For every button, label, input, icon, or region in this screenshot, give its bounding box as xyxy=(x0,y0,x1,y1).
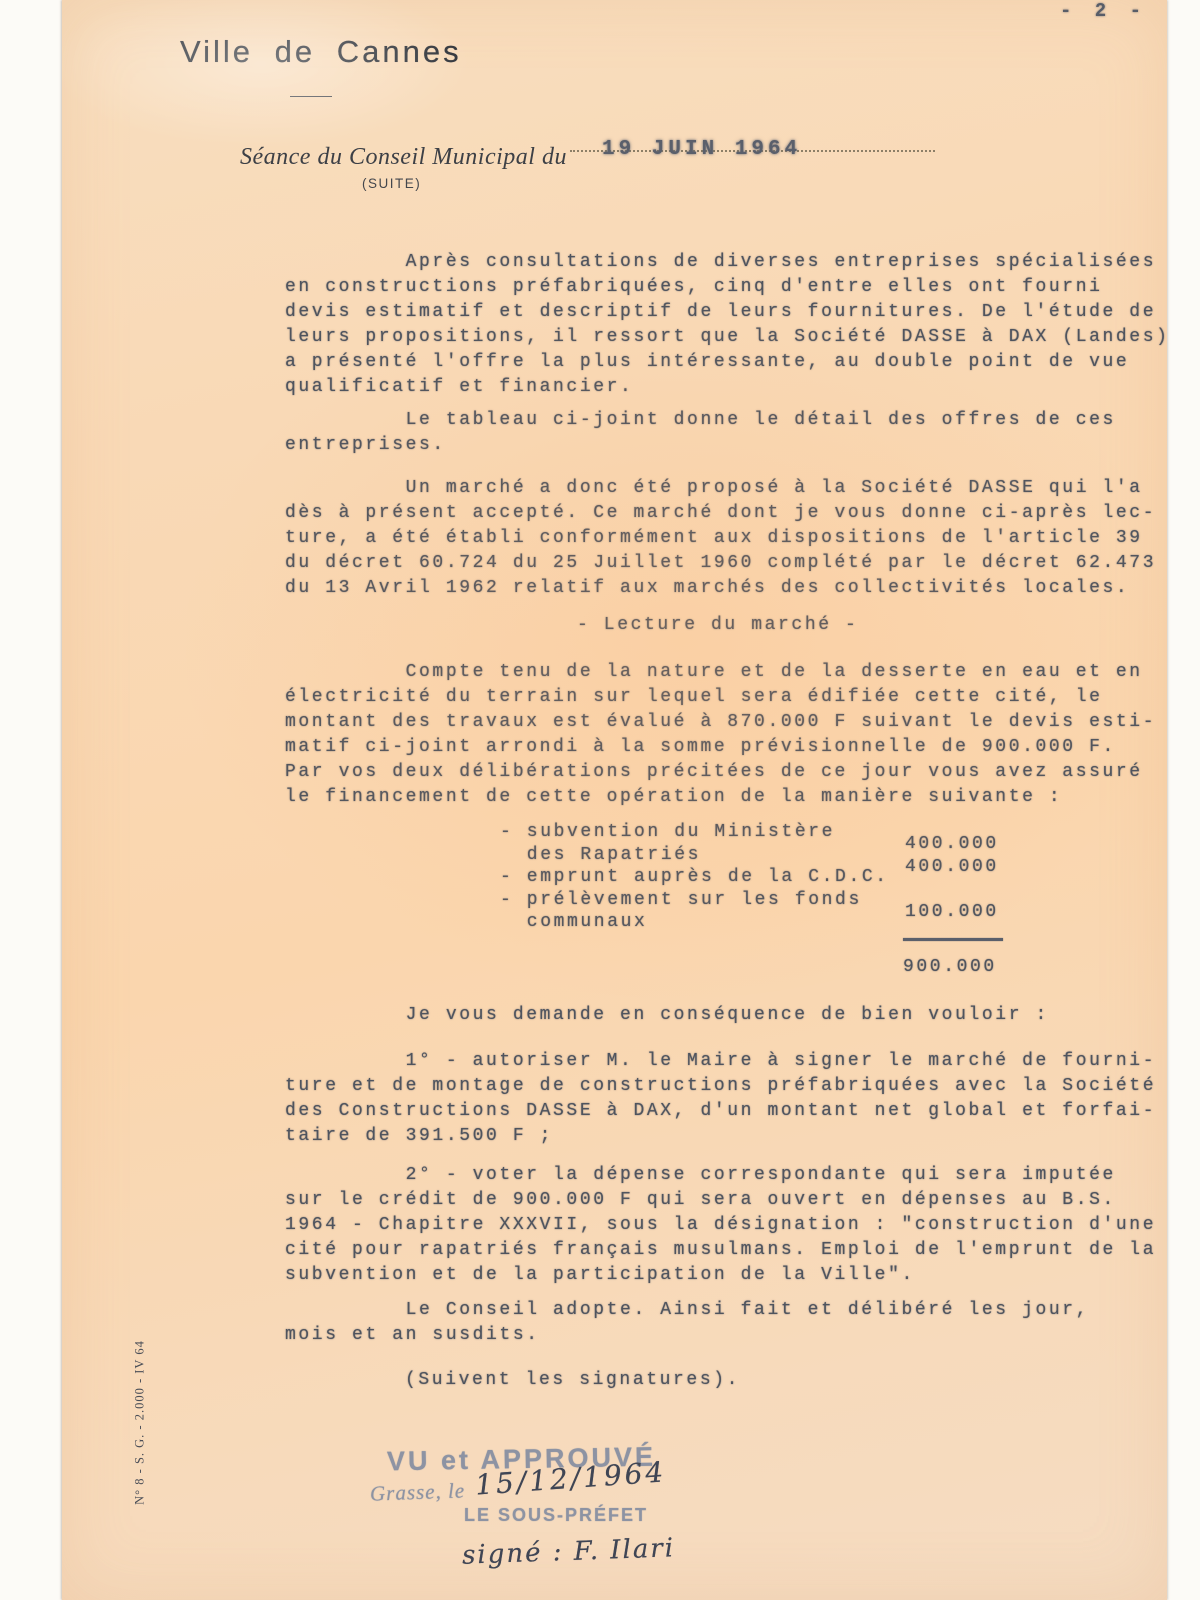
paragraph-point-2: 2° - voter la dépense correspondante qui… xyxy=(285,1163,1156,1288)
paragraph-signatures: (Suivent les signatures). xyxy=(405,1368,740,1393)
financing-items: - subvention du Ministère des Rapatriés … xyxy=(500,821,889,934)
document-paper: - 2 - Ville de Cannes Séance du Conseil … xyxy=(62,0,1167,1600)
session-label: Séance du Conseil Municipal du xyxy=(240,144,567,171)
stamp-sous-prefet: LE SOUS-PRÉFET xyxy=(464,1505,648,1526)
financing-amount-3: 100.000 xyxy=(905,900,999,925)
letterhead-rule xyxy=(290,96,332,97)
suite-label: (SUITE) xyxy=(362,176,421,191)
print-reference-margin-note: N° 8 - S. G. - 2.000 - IV 64 xyxy=(133,1333,148,1513)
scan-right-margin xyxy=(1167,0,1200,1600)
paragraph-marche: Un marché a donc été proposé à la Sociét… xyxy=(285,476,1156,601)
letterhead-title: Ville de Cannes xyxy=(180,34,462,70)
paragraph-conseil-adopte: Le Conseil adopte. Ainsi fait et délibér… xyxy=(285,1298,1089,1348)
paragraph-point-1: 1° - autoriser M. le Maire à signer le m… xyxy=(285,1049,1156,1149)
scanned-document-page: { "page": { "number": "- 2 -", "org": "V… xyxy=(0,0,1200,1600)
page-number: - 2 - xyxy=(1060,0,1147,22)
financing-total: 900.000 xyxy=(903,955,997,980)
section-heading-lecture: - Lecture du marché - xyxy=(577,613,858,638)
paragraph-consultations: Après consultations de diverses entrepri… xyxy=(285,250,1170,400)
financing-amount-1: 400.000 xyxy=(905,832,999,857)
scan-left-margin xyxy=(0,0,62,1600)
paragraph-tableau: Le tableau ci-joint donne le détail des … xyxy=(285,408,1116,458)
paragraph-compte-tenu: Compte tenu de la nature et de la desser… xyxy=(285,660,1156,810)
session-date-stamp: 19 JUIN 1964 xyxy=(602,138,801,161)
stamp-place-line: Grasse, le xyxy=(370,1478,466,1506)
paragraph-demande: Je vous demande en conséquence de bien v… xyxy=(285,1003,1049,1028)
financing-total-rule xyxy=(903,938,1003,941)
handwritten-signature: signé : F. Ilari xyxy=(462,1533,676,1570)
financing-amount-2: 400.000 xyxy=(905,855,999,880)
